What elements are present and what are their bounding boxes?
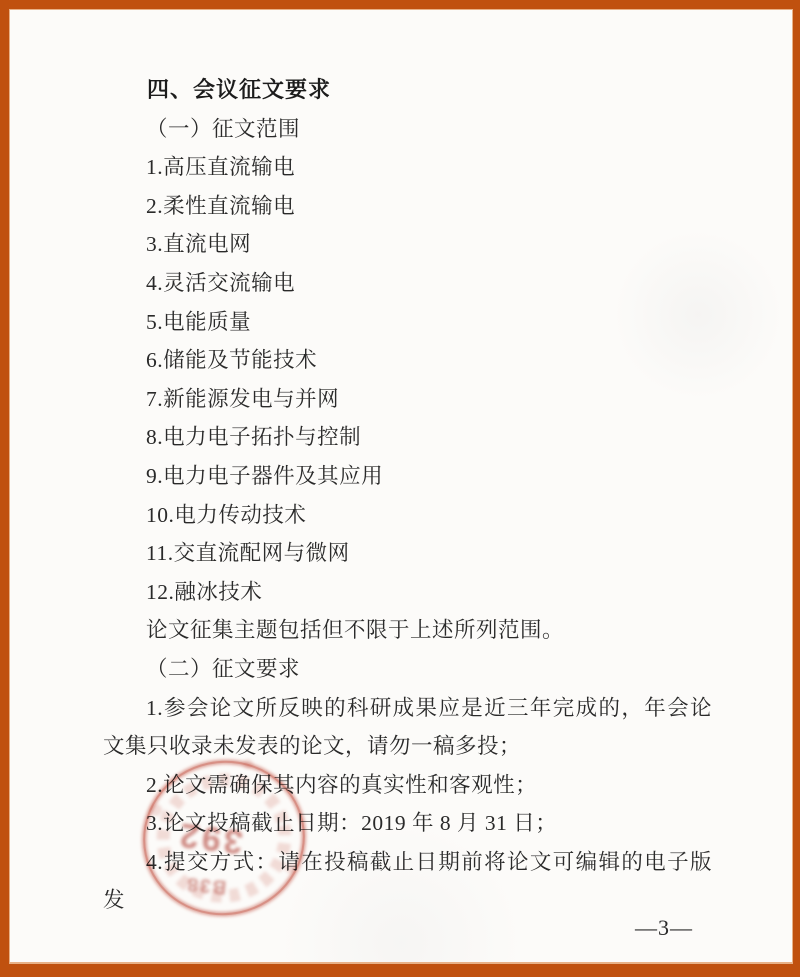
scope-item-1: 1.高压直流输电 (103, 148, 712, 187)
section-heading: 四、会议征文要求 (103, 71, 712, 110)
subsection-1-title: （一）征文范围 (103, 110, 712, 149)
requirement-paragraph-1: 1.参会论文所反映的科研成果应是近三年完成的，年会论文集只收录未发表的论文，请勿… (103, 689, 712, 766)
document-body: 四、会议征文要求 （一）征文范围 1.高压直流输电 2.柔性直流输电 3.直流电… (103, 10, 712, 920)
scope-item-4: 4.灵活交流输电 (103, 264, 712, 303)
document-page: 四、会议征文要求 （一）征文范围 1.高压直流输电 2.柔性直流输电 3.直流电… (10, 10, 792, 962)
requirement-paragraph-4: 4.提交方式：请在投稿截止日期前将论文可编辑的电子版发 (103, 843, 712, 920)
scope-item-9: 9.电力电子器件及其应用 (103, 457, 712, 496)
requirement-paragraph-2: 2.论文需确保其内容的真实性和客观性； (103, 766, 712, 805)
scope-item-5: 5.电能质量 (103, 303, 712, 342)
scope-item-7: 7.新能源发电与并网 (103, 380, 712, 419)
scope-item-10: 10.电力传动技术 (103, 496, 712, 535)
scope-item-12: 12.融冰技术 (103, 573, 712, 612)
scope-item-11: 11.交直流配网与微网 (103, 534, 712, 573)
subsection-2-title: （二）征文要求 (103, 650, 712, 689)
scope-item-8: 8.电力电子拓扑与控制 (103, 418, 712, 457)
requirement-paragraph-3: 3.论文投稿截止日期：2019 年 8 月 31 日； (103, 804, 712, 843)
page-number: —3— (635, 915, 693, 941)
scanned-document-screenshot: { "frame_color": "#c0510f", "document": … (0, 0, 800, 977)
scope-item-3: 3.直流电网 (103, 225, 712, 264)
scope-note: 论文征集主题包括但不限于上述所列范围。 (103, 611, 712, 650)
scope-item-6: 6.储能及节能技术 (103, 341, 712, 380)
scope-item-2: 2.柔性直流输电 (103, 187, 712, 226)
